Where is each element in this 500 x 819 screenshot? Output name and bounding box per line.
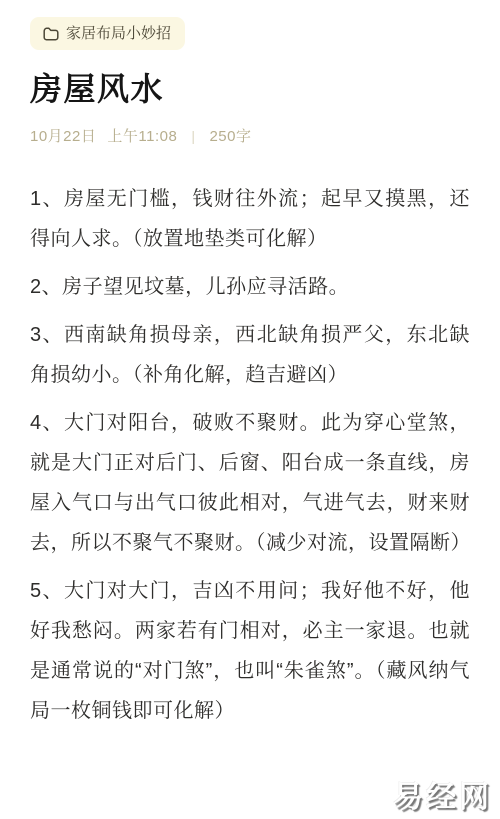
note-paragraph-3: 3、西南缺角损母亲，西北缺角损严父，东北缺角损幼小。（补角化解，趋吉避凶） [30,315,470,395]
note-time: 上午11:08 [107,125,177,146]
note-page: 家居布局小妙招 房屋风水 10月22日 上午11:08 | 250字 1、房屋无… [0,0,500,819]
note-paragraph-4: 4、大门对阳台，破败不聚财。此为穿心堂煞，就是大门正对后门、后窗、阳台成一条直线… [30,403,470,563]
note-date: 10月22日 [30,125,96,146]
note-paragraph-2: 2、房子望见坟墓，儿孙应寻活路。 [30,267,470,307]
note-body[interactable]: 1、房屋无门槛，钱财往外流；起早又摸黑，还得向人求。（放置地垫类可化解） 2、房… [30,179,470,731]
folder-tag-label: 家居布局小妙招 [66,26,171,41]
note-title[interactable]: 房屋风水 [30,72,470,107]
note-paragraph-5: 5、大门对大门，吉凶不用问；我好他不好，他好我愁闷。两家若有门相对，必主一家退。… [30,571,470,731]
note-word-count: 250字 [209,125,251,146]
folder-tag-chip[interactable]: 家居布局小妙招 [30,17,185,50]
note-paragraph-1: 1、房屋无门槛，钱财往外流；起早又摸黑，还得向人求。（放置地垫类可化解） [30,179,470,259]
folder-icon [43,27,59,41]
note-meta: 10月22日 上午11:08 | 250字 [30,125,470,146]
note-content: 家居布局小妙招 房屋风水 10月22日 上午11:08 | 250字 1、房屋无… [0,0,500,731]
watermark: 易经网 [393,772,492,816]
meta-separator: | [191,128,195,144]
